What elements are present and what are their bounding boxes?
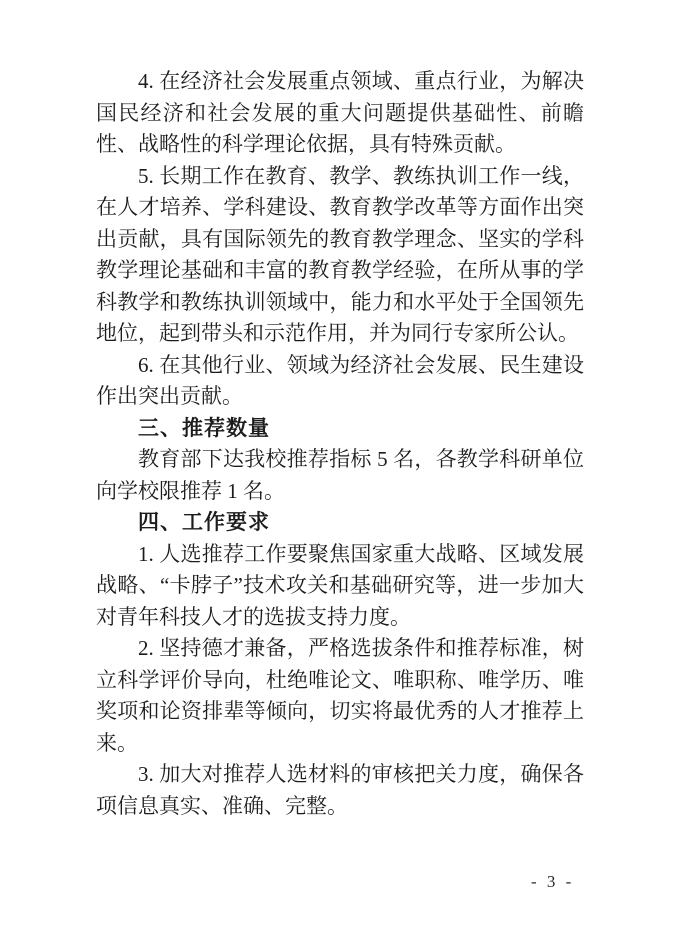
paragraph-requirement-3: 3. 加大对推荐人选材料的审核把关力度，确保各项信息真实、准确、完整。 [96, 759, 584, 822]
document-body: 4. 在经济社会发展重点领域、重点行业，为解决国民经济和社会发展的重大问题提供基… [96, 66, 584, 822]
section-heading-work-requirements: 四、工作要求 [96, 507, 584, 539]
paragraph-quota-detail: 教育部下达我校推荐指标 5 名，各教学科研单位向学校限推荐 1 名。 [96, 444, 584, 507]
section-heading-recommendation-quota: 三、推荐数量 [96, 413, 584, 445]
paragraph-requirement-1: 1. 人选推荐工作要聚焦国家重大战略、区域发展战略、“卡脖子”技术攻关和基础研究… [96, 539, 584, 634]
paragraph-item-6: 6. 在其他行业、领域为经济社会发展、民生建设作出突出贡献。 [96, 350, 584, 413]
page-number: - 3 - [531, 872, 574, 892]
paragraph-item-4: 4. 在经济社会发展重点领域、重点行业，为解决国民经济和社会发展的重大问题提供基… [96, 66, 584, 161]
paragraph-item-5: 5. 长期工作在教育、教学、教练执训工作一线，在人才培养、学科建设、教育教学改革… [96, 161, 584, 350]
document-page: 4. 在经济社会发展重点领域、重点行业，为解决国民经济和社会发展的重大问题提供基… [0, 0, 674, 942]
paragraph-requirement-2: 2. 坚持德才兼备，严格选拔条件和推荐标准，树立科学评价导向，杜绝唯论文、唯职称… [96, 633, 584, 759]
